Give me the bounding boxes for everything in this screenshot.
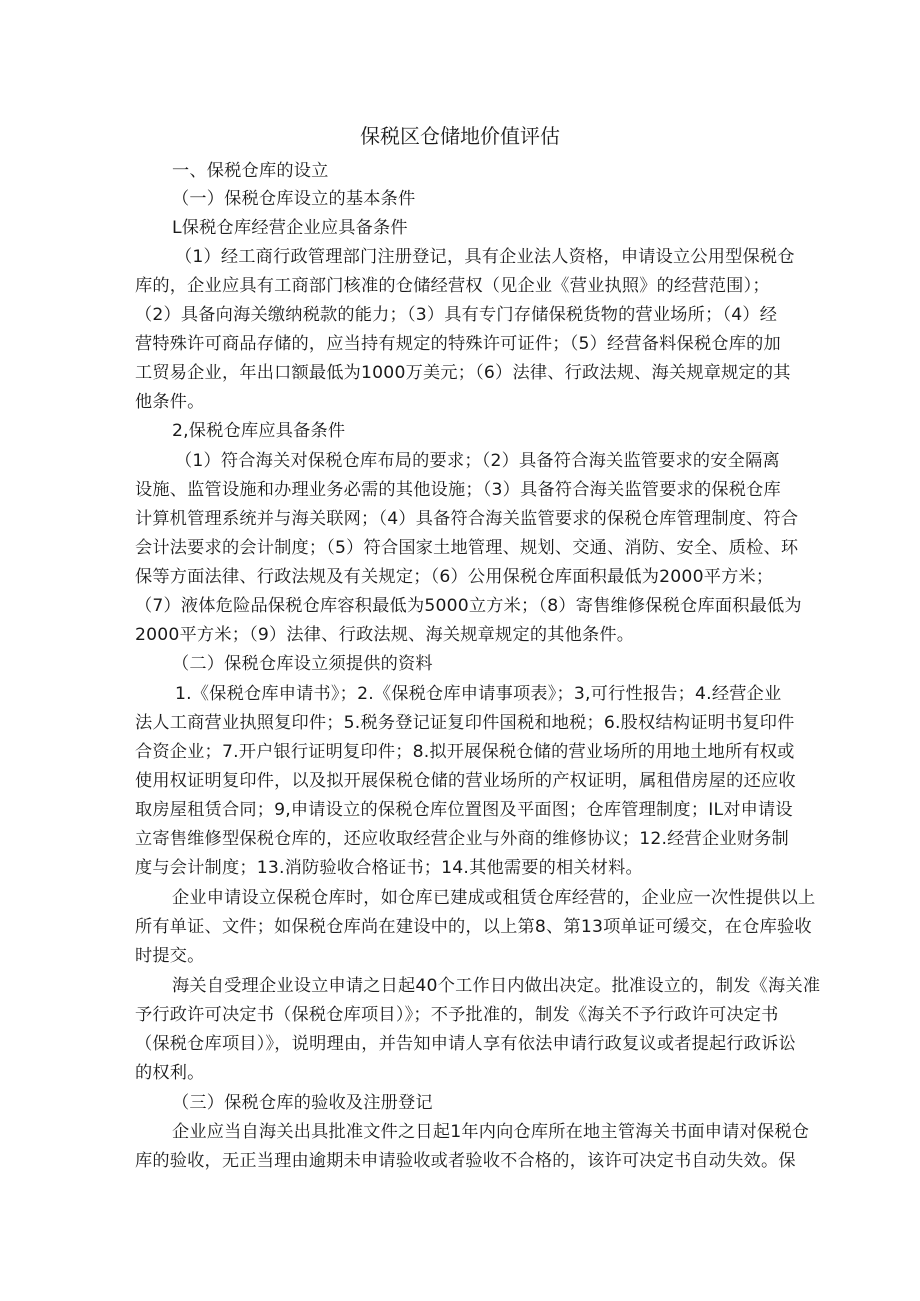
text-line: 所有单证、文件；如保税仓库尚在建设中的，以上第8、第13项单证可缓交，在仓库验收: [135, 915, 812, 939]
text-line: 1.《保税仓库申请书》；2.《保税仓库申请事项表》；3,可行性报告；4.经营企业: [175, 682, 781, 706]
text-line: 的权利。: [135, 1061, 205, 1085]
text-line: 他条件。: [135, 390, 205, 414]
text-line: 库的验收，无正当理由逾期未申请验收或者验收不合格的，该许可决定书自动失效。保: [135, 1149, 796, 1173]
text-line: （7）液体危险品保税仓库容积最低为5000立方米；（8）寄售维修保税仓库面积最低…: [135, 594, 802, 618]
text-line: 企业申请设立保税仓库时，如仓库已建成或租赁仓库经营的，企业应一次性提供以上: [172, 886, 815, 910]
text-line: 法人工商营业执照复印件；5.税务登记证复印件国税和地税；6.股权结构证明书复印件: [135, 711, 795, 735]
text-line: （一）保税仓库设立的基本条件: [172, 187, 415, 211]
text-line: （二）保税仓库设立须提供的资料: [172, 652, 433, 676]
text-line: 使用权证明复印件，以及拟开展保税仓储的营业场所的产权证明，属租借房屋的还应收: [135, 769, 796, 793]
text-line: 取房屋租赁合同；9,申请设立的保税仓库位置图及平面图；仓库管理制度；IL对申请设: [135, 798, 793, 822]
text-line: 工贸易企业，年出口额最低为1000万美元；（6）法律、行政法规、海关规章规定的其: [135, 361, 791, 385]
text-line: 企业应当自海关出具批准文件之日起1年内向仓库所在地主管海关书面申请对保税仓: [172, 1120, 809, 1144]
document-title: 保税区仓储地价值评估: [0, 122, 920, 150]
text-line: 海关自受理企业设立申请之日起40个工作日内做出决定。批准设立的，制发《海关准: [172, 974, 820, 998]
text-line: 立寄售维修型保税仓库的，还应收取经营企业与外商的维修协议；12.经营企业财务制: [135, 827, 789, 851]
document-page: 保税区仓储地价值评估 一、保税仓库的设立（一）保税仓库设立的基本条件L保税仓库经…: [0, 0, 920, 1301]
text-line: （1）符合海关对保税仓库布局的要求；（2）具备符合海关监管要求的安全隔离: [175, 449, 780, 473]
text-line: L保税仓库经营企业应具备条件: [172, 216, 408, 240]
text-line: 设施、监管设施和办理业务必需的其他设施；（3）具备符合海关监管要求的保税仓库: [135, 478, 781, 502]
text-line: 库的，企业应具有工商部门核准的仓储经营权（见企业《营业执照》的经营范围）；: [135, 274, 770, 298]
text-line: 计算机管理系统并与海关联网；（4）具备符合海关监管要求的保税仓库管理制度、符合: [135, 507, 798, 531]
text-line: （2）具备向海关缴纳税款的能力；（3）具有专门存储保税货物的营业场所；（4）经: [135, 303, 777, 327]
text-line: 合资企业；7.开户银行证明复印件；8.拟开展保税仓储的营业场所的用地土地所有权或: [135, 740, 795, 764]
text-line: 保等方面法律、行政法规及有关规定；（6）公用保税仓库面积最低为2000平方米；: [135, 565, 773, 589]
text-line: （1）经工商行政管理部门注册登记，具有企业法人资格，申请设立公用型保税仓: [175, 245, 795, 269]
text-line: 度与会计制度；13.消防验收合格证书；14.其他需要的相关材料。: [135, 856, 643, 880]
text-line: 一、保税仓库的设立: [172, 159, 329, 183]
text-line: 时提交。: [135, 944, 205, 968]
text-line: （保税仓库项目）》，说明理由，并告知申请人享有依法申请行政复议或者提起行政诉讼: [135, 1032, 796, 1056]
text-line: 会计法要求的会计制度；（5）符合国家土地管理、规划、交通、消防、安全、质检、环: [135, 536, 798, 560]
text-line: 2,保税仓库应具备条件: [172, 419, 345, 443]
text-line: 予行政许可决定书（保税仓库项目）》；不予批准的，制发《海关不予行政许可决定书: [135, 1003, 779, 1027]
text-line: 营特殊许可商品存储的，应当持有规定的特殊许可证件；（5）经营备料保税仓库的加: [135, 332, 781, 356]
text-line: 2000平方米；（9）法律、行政法规、海关规章规定的其他条件。: [135, 623, 634, 647]
text-line: （三）保税仓库的验收及注册登记: [172, 1091, 433, 1115]
